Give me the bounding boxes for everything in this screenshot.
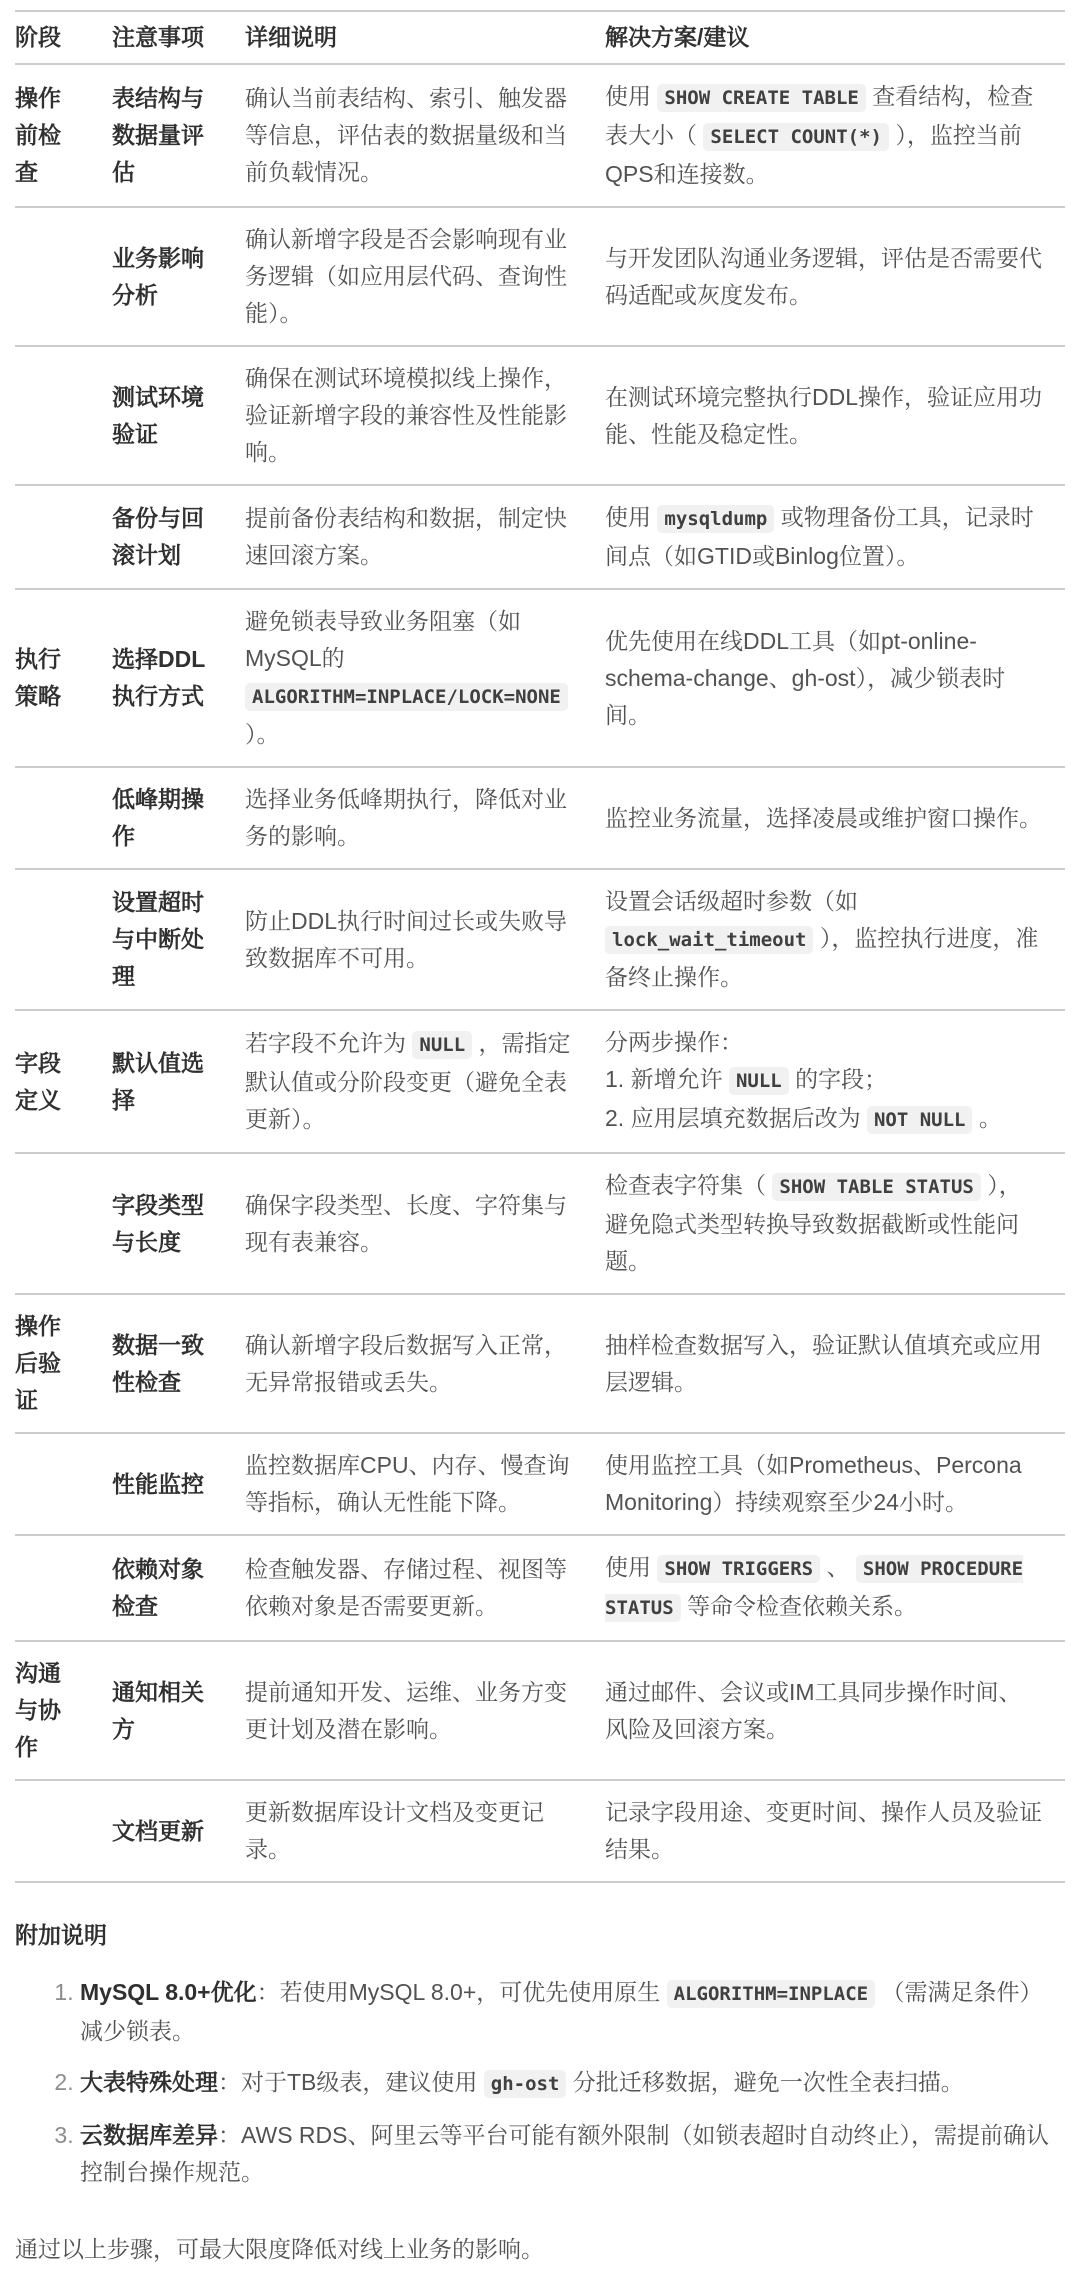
column-header: 解决方案/建议 [605,11,1065,64]
text-run: ：若使用MySQL 8.0+，可优先使用原生 [257,1979,667,2005]
detail-cell: 监控数据库CPU、内存、慢查询等指标，确认无性能下降。 [245,1433,605,1535]
note-cell: 通知相关方 [112,1641,245,1780]
solution-cell: 使用 SHOW CREATE TABLE 查看结构，检查表大小（ SELECT … [605,64,1065,207]
table-row: 执行策略选择DDL执行方式避免锁表导致业务阻塞（如MySQL的 ALGORITH… [15,589,1065,767]
detail-cell: 确保在测试环境模拟线上操作，验证新增字段的兼容性及性能影响。 [245,346,605,485]
table-row: 操作前检查表结构与数据量评估确认当前表结构、索引、触发器等信息，评估表的数据量级… [15,64,1065,207]
detail-cell: 确保字段类型、长度、字符集与现有表兼容。 [245,1153,605,1294]
text-run: ：AWS RDS、阿里云等平台可能有额外限制（如锁表超时自动终止），需提前确认控… [80,2122,1049,2185]
note-cell: 备份与回滚计划 [112,485,245,589]
solution-cell: 监控业务流量，选择凌晨或维护窗口操作。 [605,767,1065,869]
text-run: 分批迁移数据，避免一次性全表扫描。 [566,2069,963,2095]
document-page: 阶段注意事项详细说明解决方案/建议 操作前检查表结构与数据量评估确认当前表结构、… [0,0,1080,2292]
inline-code: NULL [729,1067,789,1095]
table-row: 文档更新更新数据库设计文档及变更记录。记录字段用途、变更时间、操作人员及验证结果… [15,1780,1065,1882]
note-cell: 测试环境验证 [112,346,245,485]
solution-cell: 分两步操作：1. 新增允许 NULL 的字段；2. 应用层填充数据后改为 NOT… [605,1010,1065,1153]
text-run: 。 [972,1105,1001,1131]
note-item: 大表特殊处理：对于TB级表，建议使用 gh-ost 分批迁移数据，避免一次性全表… [80,2064,1065,2103]
text-run: 记录字段用途、变更时间、操作人员及验证结果。 [605,1799,1042,1862]
text-run: 提前备份表结构和数据，制定快速回滚方案。 [245,505,567,568]
text-run: 检查表字符集（ [605,1172,772,1198]
inline-code: NULL [412,1031,472,1059]
inline-code: SHOW CREATE TABLE [657,84,865,112]
solution-cell: 设置会话级超时参数（如 lock_wait_timeout ），监控执行进度，准… [605,869,1065,1010]
text-run: 选择业务低峰期执行，降低对业务的影响。 [245,786,567,849]
detail-cell: 选择业务低峰期执行，降低对业务的影响。 [245,767,605,869]
stage-cell [15,485,112,589]
detail-cell: 防止DDL执行时间过长或失败导致数据库不可用。 [245,869,605,1010]
note-cell: 表结构与数据量评估 [112,64,245,207]
solution-cell: 检查表字符集（ SHOW TABLE STATUS ），避免隐式类型转换导致数据… [605,1153,1065,1294]
text-run: 通过邮件、会议或IM工具同步操作时间、风险及回滚方案。 [605,1679,1022,1742]
text-run: 优先使用在线DDL工具（如pt-online-schema-change、gh-… [605,628,1005,728]
stage-cell [15,1780,112,1882]
inline-code: lock_wait_timeout [605,926,813,954]
text-run: 、 [820,1554,856,1580]
inline-code: SHOW TRIGGERS [657,1555,820,1583]
stage-cell [15,1153,112,1294]
note-cell: 依赖对象检查 [112,1535,245,1641]
note-cell: 文档更新 [112,1780,245,1882]
text-run: 确认新增字段后数据写入正常，无异常报错或丢失。 [245,1332,567,1395]
stage-cell [15,1433,112,1535]
table-header: 阶段注意事项详细说明解决方案/建议 [15,11,1065,64]
detail-cell: 更新数据库设计文档及变更记录。 [245,1780,605,1882]
text-run: 2. 应用层填充数据后改为 [605,1105,867,1131]
solution-cell: 与开发团队沟通业务逻辑，评估是否需要代码适配或灰度发布。 [605,207,1065,346]
table-row: 字段定义默认值选择若字段不允许为 NULL ，需指定默认值或分阶段变更（避免全表… [15,1010,1065,1153]
text-run: 分两步操作： [605,1029,743,1055]
stage-cell [15,1535,112,1641]
inline-code: NOT NULL [867,1106,973,1134]
solution-cell: 通过邮件、会议或IM工具同步操作时间、风险及回滚方案。 [605,1641,1065,1780]
note-cell: 业务影响分析 [112,207,245,346]
solution-cell: 在测试环境完整执行DDL操作，验证应用功能、性能及稳定性。 [605,346,1065,485]
table-row: 操作后验证数据一致性检查确认新增字段后数据写入正常，无异常报错或丢失。抽样检查数… [15,1294,1065,1433]
detail-cell: 避免锁表导致业务阻塞（如MySQL的 ALGORITHM=INPLACE/LOC… [245,589,605,767]
column-header: 阶段 [15,11,112,64]
text-run: 在测试环境完整执行DDL操作，验证应用功能、性能及稳定性。 [605,384,1042,447]
text-run: 与开发团队沟通业务逻辑，评估是否需要代码适配或灰度发布。 [605,245,1042,308]
stage-cell [15,207,112,346]
text-run: 1. 新增允许 [605,1066,729,1092]
solution-cell: 抽样检查数据写入，验证默认值填充或应用层逻辑。 [605,1294,1065,1433]
notes-heading: 附加说明 [15,1917,1065,1954]
stage-cell: 执行策略 [15,589,112,767]
note-item: 云数据库差异：AWS RDS、阿里云等平台可能有额外限制（如锁表超时自动终止），… [80,2117,1065,2191]
notes-list: MySQL 8.0+优化：若使用MySQL 8.0+，可优先使用原生 ALGOR… [15,1974,1065,2191]
table-row: 低峰期操作选择业务低峰期执行，降低对业务的影响。监控业务流量，选择凌晨或维护窗口… [15,767,1065,869]
table-row: 业务影响分析确认新增字段是否会影响现有业务逻辑（如应用层代码、查询性能）。与开发… [15,207,1065,346]
text-run: 若字段不允许为 [245,1030,412,1056]
text-run: 监控业务流量，选择凌晨或维护窗口操作。 [605,805,1042,831]
text-run: 设置会话级超时参数（如 [605,888,858,914]
inline-code: SELECT COUNT(*) [703,123,889,151]
table-row: 沟通与协作通知相关方提前通知开发、运维、业务方变更计划及潜在影响。通过邮件、会议… [15,1641,1065,1780]
text-run: 等命令检查依赖关系。 [681,1593,917,1619]
note-item-label: 云数据库差异 [80,2122,218,2148]
text-run: 的字段； [789,1066,887,1092]
text-run: 抽样检查数据写入，验证默认值填充或应用层逻辑。 [605,1332,1042,1395]
solution-cell: 使用 mysqldump 或物理备份工具，记录时间点（如GTID或Binlog位… [605,485,1065,589]
text-run: 防止DDL执行时间过长或失败导致数据库不可用。 [245,908,567,971]
text-run: 确保字段类型、长度、字符集与现有表兼容。 [245,1192,567,1255]
detail-cell: 确认新增字段后数据写入正常，无异常报错或丢失。 [245,1294,605,1433]
note-cell: 字段类型与长度 [112,1153,245,1294]
detail-cell: 提前通知开发、运维、业务方变更计划及潜在影响。 [245,1641,605,1780]
stage-cell [15,767,112,869]
text-run: 确认当前表结构、索引、触发器等信息，评估表的数据量级和当前负载情况。 [245,85,567,185]
stage-cell: 操作后验证 [15,1294,112,1433]
text-run: ：对于TB级表，建议使用 [218,2069,484,2095]
inline-code: ALGORITHM=INPLACE [667,1980,875,2008]
text-run: 提前通知开发、运维、业务方变更计划及潜在影响。 [245,1679,567,1742]
table-row: 设置超时与中断处理防止DDL执行时间过长或失败导致数据库不可用。设置会话级超时参… [15,869,1065,1010]
column-header: 注意事项 [112,11,245,64]
column-header: 详细说明 [245,11,605,64]
text-run: 检查触发器、存储过程、视图等依赖对象是否需要更新。 [245,1556,567,1619]
detail-cell: 确认新增字段是否会影响现有业务逻辑（如应用层代码、查询性能）。 [245,207,605,346]
detail-cell: 若字段不允许为 NULL ，需指定默认值或分阶段变更（避免全表更新）。 [245,1010,605,1153]
detail-cell: 提前备份表结构和数据，制定快速回滚方案。 [245,485,605,589]
stage-cell: 沟通与协作 [15,1641,112,1780]
inline-code: gh-ost [484,2070,567,2098]
note-item-label: MySQL 8.0+优化 [80,1979,257,2005]
text-run: 使用监控工具（如Prometheus、Percona Monitoring）持续… [605,1452,1022,1515]
text-run: 避免锁表导致业务阻塞（如MySQL的 [245,608,521,671]
text-run: 使用 [605,83,657,109]
note-cell: 数据一致性检查 [112,1294,245,1433]
detail-cell: 检查触发器、存储过程、视图等依赖对象是否需要更新。 [245,1535,605,1641]
note-cell: 性能监控 [112,1433,245,1535]
solution-cell: 记录字段用途、变更时间、操作人员及验证结果。 [605,1780,1065,1882]
text-run: 监控数据库CPU、内存、慢查询等指标，确认无性能下降。 [245,1452,570,1515]
text-run: ）。 [245,721,280,747]
text-run: 使用 [605,1554,657,1580]
note-cell: 低峰期操作 [112,767,245,869]
table-row: 依赖对象检查检查触发器、存储过程、视图等依赖对象是否需要更新。使用 SHOW T… [15,1535,1065,1641]
text-run: 使用 [605,504,657,530]
note-cell: 选择DDL执行方式 [112,589,245,767]
text-run: 确保在测试环境模拟线上操作，验证新增字段的兼容性及性能影响。 [245,365,567,465]
note-item-label: 大表特殊处理 [80,2069,218,2095]
text-run: 更新数据库设计文档及变更记录。 [245,1799,544,1862]
note-cell: 默认值选择 [112,1010,245,1153]
stage-cell: 操作前检查 [15,64,112,207]
solution-cell: 使用监控工具（如Prometheus、Percona Monitoring）持续… [605,1433,1065,1535]
note-cell: 设置超时与中断处理 [112,869,245,1010]
table-header-row: 阶段注意事项详细说明解决方案/建议 [15,11,1065,64]
inline-code: SHOW TABLE STATUS [772,1173,980,1201]
solution-cell: 优先使用在线DDL工具（如pt-online-schema-change、gh-… [605,589,1065,767]
stage-cell [15,346,112,485]
solution-cell: 使用 SHOW TRIGGERS 、 SHOW PROCEDURE STATUS… [605,1535,1065,1641]
footer-text: 通过以上步骤，可最大限度降低对线上业务的影响。 [15,2231,1065,2268]
note-item: MySQL 8.0+优化：若使用MySQL 8.0+，可优先使用原生 ALGOR… [80,1974,1065,2050]
stage-cell [15,869,112,1010]
table-body: 操作前检查表结构与数据量评估确认当前表结构、索引、触发器等信息，评估表的数据量级… [15,64,1065,1882]
inline-code: ALGORITHM=INPLACE/LOCK=NONE [245,683,568,711]
table-row: 字段类型与长度确保字段类型、长度、字符集与现有表兼容。检查表字符集（ SHOW … [15,1153,1065,1294]
table-row: 性能监控监控数据库CPU、内存、慢查询等指标，确认无性能下降。使用监控工具（如P… [15,1433,1065,1535]
table-row: 测试环境验证确保在测试环境模拟线上操作，验证新增字段的兼容性及性能影响。在测试环… [15,346,1065,485]
ddl-checklist-table: 阶段注意事项详细说明解决方案/建议 操作前检查表结构与数据量评估确认当前表结构、… [15,10,1065,1883]
text-run: 确认新增字段是否会影响现有业务逻辑（如应用层代码、查询性能）。 [245,226,567,326]
detail-cell: 确认当前表结构、索引、触发器等信息，评估表的数据量级和当前负载情况。 [245,64,605,207]
stage-cell: 字段定义 [15,1010,112,1153]
table-row: 备份与回滚计划提前备份表结构和数据，制定快速回滚方案。使用 mysqldump … [15,485,1065,589]
inline-code: mysqldump [657,505,774,533]
